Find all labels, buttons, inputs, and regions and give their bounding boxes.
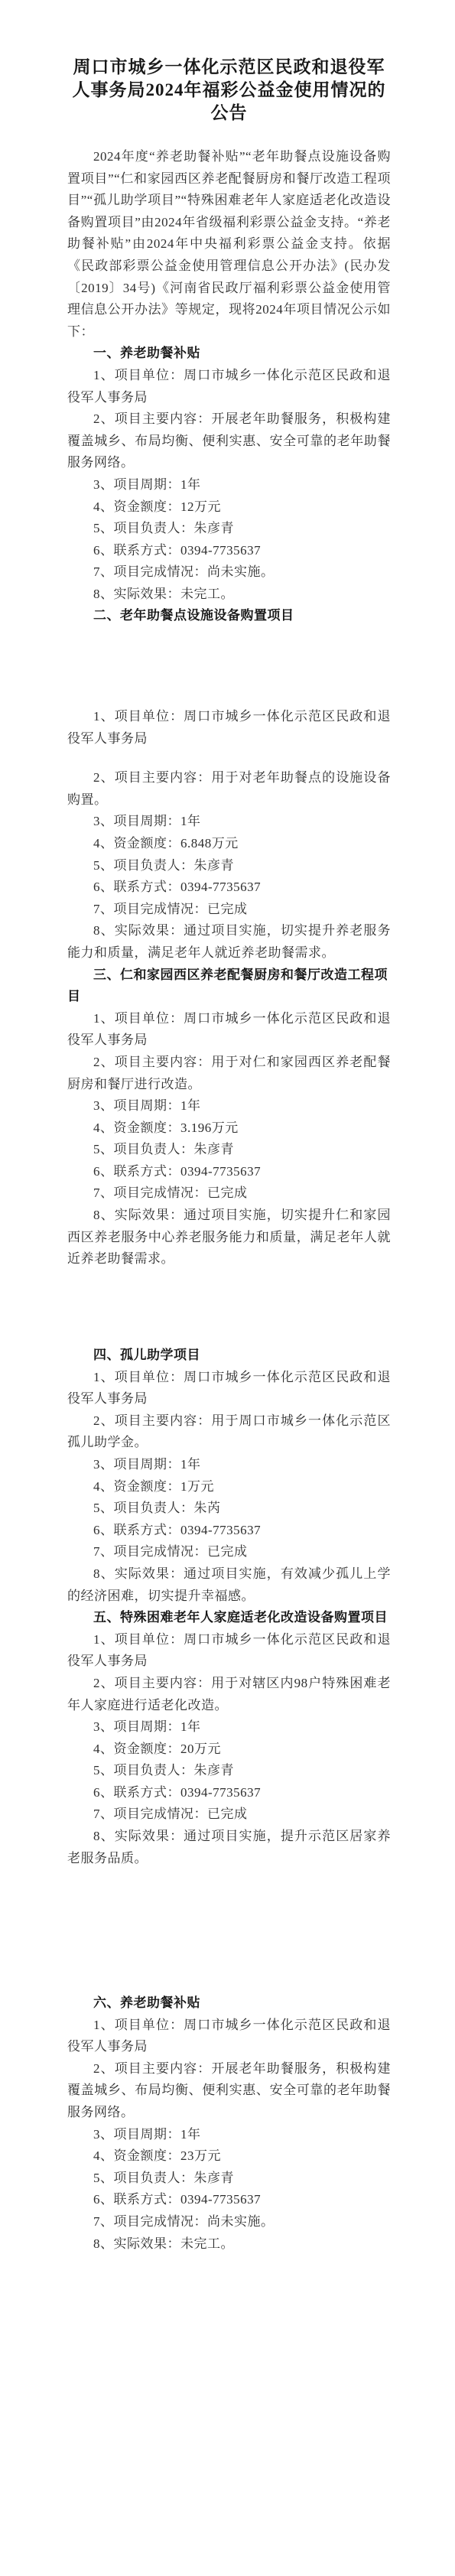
project-completion: 7、项目完成情况：已完成: [67, 899, 391, 921]
project-contact: 6、联系方式：0394-7735637: [67, 1520, 391, 1542]
section-6-heading: 六、养老助餐补贴: [67, 1992, 391, 2015]
project-unit: 1、项目单位：周口市城乡一体化示范区民政和退役军人事务局: [67, 1008, 391, 1052]
project-effect: 8、实际效果：未完工。: [67, 584, 391, 606]
project-completion: 7、项目完成情况：已完成: [67, 1182, 391, 1205]
project-contact: 6、联系方式：0394-7735637: [67, 1161, 391, 1183]
page-4-block: 六、养老助餐补贴 1、项目单位：周口市城乡一体化示范区民政和退役军人事务局 2、…: [67, 1992, 391, 2255]
section-4-heading: 四、孤儿助学项目: [67, 1345, 391, 1367]
project-period: 3、项目周期：1年: [67, 474, 391, 496]
section-1-heading: 一、养老助餐补贴: [67, 343, 391, 365]
section-2-heading: 二、老年助餐点设施设备购置项目: [67, 605, 391, 627]
project-effect: 8、实际效果：通过项目实施，有效减少孤儿上学的经济困难，切实提升幸福感。: [67, 1563, 391, 1607]
project-main-content: 2、项目主要内容：用于周口市城乡一体化示范区孤儿助学金。: [67, 1410, 391, 1454]
project-funding: 4、资金额度：12万元: [67, 496, 391, 519]
project-effect: 8、实际效果：通过项目实施，切实提升养老服务能力和质量，满足老年人就近养老助餐需…: [67, 920, 391, 964]
project-funding: 4、资金额度：3.196万元: [67, 1117, 391, 1140]
project-completion: 7、项目完成情况：尚未实施。: [67, 561, 391, 584]
project-funding: 4、资金额度：23万元: [67, 2145, 391, 2168]
project-completion: 7、项目完成情况：已完成: [67, 1804, 391, 1826]
project-period: 3、项目周期：1年: [67, 2124, 391, 2146]
page-1-block: 周口市城乡一体化示范区民政和退役军人事务局2024年福彩公益金使用情况的公告 2…: [67, 56, 391, 627]
section-5-heading: 五、特殊困难老年人家庭适老化改造设备购置项目: [67, 1607, 391, 1629]
project-main-content: 2、项目主要内容：开展老年助餐服务，积极构建覆盖城乡、布局均衡、便利实惠、安全可…: [67, 2058, 391, 2124]
project-contact: 6、联系方式：0394-7735637: [67, 877, 391, 899]
project-unit: 1、项目单位：周口市城乡一体化示范区民政和退役军人事务局: [67, 1367, 391, 1410]
page-3-block: 四、孤儿助学项目 1、项目单位：周口市城乡一体化示范区民政和退役军人事务局 2、…: [67, 1345, 391, 1869]
project-contact: 6、联系方式：0394-7735637: [67, 540, 391, 562]
project-unit: 1、项目单位：周口市城乡一体化示范区民政和退役军人事务局: [67, 2015, 391, 2058]
project-funding: 4、资金额度：20万元: [67, 1738, 391, 1761]
announcement-document: 周口市城乡一体化示范区民政和退役军人事务局2024年福彩公益金使用情况的公告 2…: [0, 0, 455, 2576]
project-main-content: 2、项目主要内容：用于对老年助餐点的设施设备购置。: [67, 767, 391, 811]
project-unit: 1、项目单位：周口市城乡一体化示范区民政和退役军人事务局: [67, 706, 391, 750]
project-completion: 7、项目完成情况：已完成: [67, 1541, 391, 1563]
project-leader: 5、项目负责人：朱彦青: [67, 1760, 391, 1782]
project-leader: 5、项目负责人：朱彦青: [67, 1139, 391, 1161]
project-leader: 5、项目负责人：朱芮: [67, 1498, 391, 1520]
project-main-content: 2、项目主要内容：开展老年助餐服务，积极构建覆盖城乡、布局均衡、便利实惠、安全可…: [67, 408, 391, 474]
project-unit: 1、项目单位：周口市城乡一体化示范区民政和退役军人事务局: [67, 1629, 391, 1673]
project-period: 3、项目周期：1年: [67, 1716, 391, 1738]
project-contact: 6、联系方式：0394-7735637: [67, 1782, 391, 1804]
intro-paragraph: 2024年度“养老助餐补贴”“老年助餐点设施设备购置项目”“仁和家园西区养老配餐…: [67, 146, 391, 343]
project-unit: 1、项目单位：周口市城乡一体化示范区民政和退役军人事务局: [67, 365, 391, 408]
section-3-heading: 三、仁和家园西区养老配餐厨房和餐厅改造工程项目: [67, 964, 391, 1008]
project-main-content: 2、项目主要内容：用于对仁和家园西区养老配餐厨房和餐厅进行改造。: [67, 1052, 391, 1095]
project-leader: 5、项目负责人：朱彦青: [67, 518, 391, 540]
project-leader: 5、项目负责人：朱彦青: [67, 2168, 391, 2190]
project-funding: 4、资金额度：6.848万元: [67, 833, 391, 855]
project-effect: 8、实际效果：通过项目实施，切实提升仁和家园西区养老服务中心养老服务能力和质量，…: [67, 1205, 391, 1270]
project-period: 3、项目周期：1年: [67, 1095, 391, 1117]
project-contact: 6、联系方式：0394-7735637: [67, 2189, 391, 2211]
project-leader: 5、项目负责人：朱彦青: [67, 855, 391, 877]
project-effect: 8、实际效果：通过项目实施，提升示范区居家养老服务品质。: [67, 1826, 391, 1869]
project-completion: 7、项目完成情况：尚未实施。: [67, 2211, 391, 2233]
project-main-content: 2、项目主要内容：用于对辖区内98户特殊困难老年人家庭进行适老化改造。: [67, 1673, 391, 1716]
project-period: 3、项目周期：1年: [67, 1454, 391, 1476]
project-period: 3、项目周期：1年: [67, 811, 391, 833]
project-effect: 8、实际效果：未完工。: [67, 2233, 391, 2256]
project-funding: 4、资金额度：1万元: [67, 1476, 391, 1498]
page-2-block: 1、项目单位：周口市城乡一体化示范区民政和退役军人事务局 2、项目主要内容：用于…: [67, 706, 391, 1270]
page-title: 周口市城乡一体化示范区民政和退役军人事务局2024年福彩公益金使用情况的公告: [67, 56, 391, 125]
